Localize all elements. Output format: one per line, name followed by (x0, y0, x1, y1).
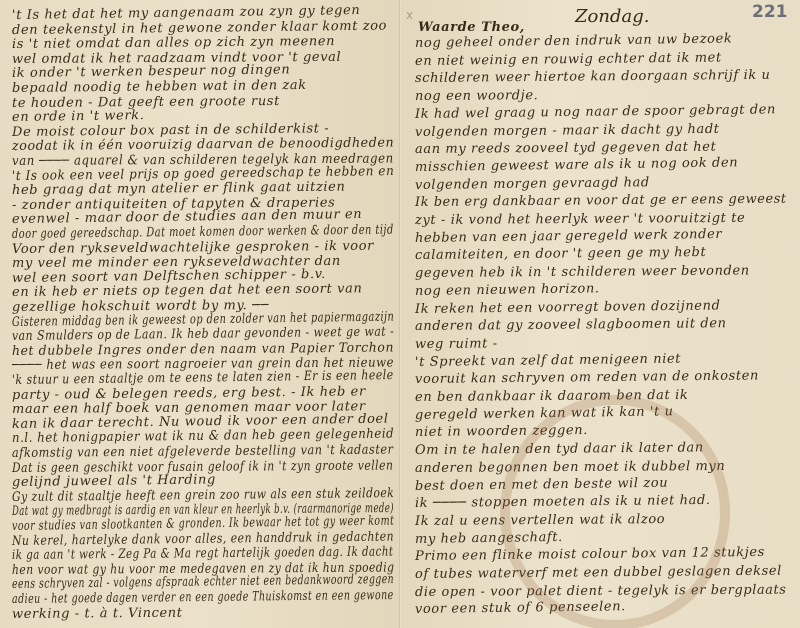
handwritten-line: Ik ben erg dankbaar en voor dat ge er ee… (415, 192, 787, 210)
handwritten-line: gegeven heb ik in 't schilderen weer bev… (415, 263, 750, 281)
letter-scan: 't Is het dat het my aangenaam zou zyn g… (0, 0, 800, 628)
handwritten-line: en ik heb er niets op tegen dat het een … (12, 282, 363, 301)
folio-number: 221 (752, 2, 788, 22)
handwritten-line: hebben van een jaar geregeld werk zonder (415, 227, 722, 246)
handwritten-line: en niet weinig en rouwig echter dat ik m… (415, 50, 722, 69)
handwritten-line: aan my reeds zooveel tyd gegeven dat het (415, 140, 716, 157)
handwritten-line: misschien geweest ware als ik u nog ook … (415, 155, 738, 175)
handwritten-line: werking - t. à t. Vincent (12, 605, 183, 621)
handwritten-line: en orde in 't werk. (12, 108, 145, 125)
handwritten-line: zyt - ik vond het heerlyk weer 't voorui… (415, 211, 745, 228)
salutation: Waarde Theo, (418, 20, 525, 35)
handwritten-line: vooruit kan schryven om reden van de onk… (415, 369, 759, 388)
handwritten-line: 't Spreekt van zelf dat menigeen niet (415, 351, 681, 369)
handwritten-line: nog een woordje. (415, 88, 538, 104)
pencil-mark: x (406, 8, 413, 22)
handwritten-line: volgenden morgen gevraagd had (415, 175, 650, 193)
left-page: 't Is het dat het my aangenaam zou zyn g… (0, 0, 400, 628)
handwritten-line: nog een nieuwen horizon. (415, 281, 600, 299)
handwritten-line: volgenden morgen - maar ik dacht gy hadt (415, 121, 720, 139)
handwritten-line: calamiteiten, en door 't geen ge my hebt (415, 245, 706, 263)
handwritten-line: anderen dat gy zooveel slagboomen uit de… (415, 316, 727, 334)
handwritten-line: te houden - Dat geeft een groote rust (12, 93, 280, 110)
coffee-ring-stain (500, 395, 730, 628)
handwritten-line: Ik reken het een voorregt boven dozijnen… (415, 298, 721, 317)
handwritten-line: adieu - het goede dagen verder en een go… (12, 588, 394, 607)
handwritten-line: schilderen weer hiertoe kan doorgaan sch… (415, 68, 771, 86)
place-heading: Zondag. (575, 6, 649, 27)
handwritten-line: Ik had wel graag u nog naar de spoor geb… (415, 102, 776, 122)
handwritten-line: weg ruimt - (415, 336, 498, 352)
